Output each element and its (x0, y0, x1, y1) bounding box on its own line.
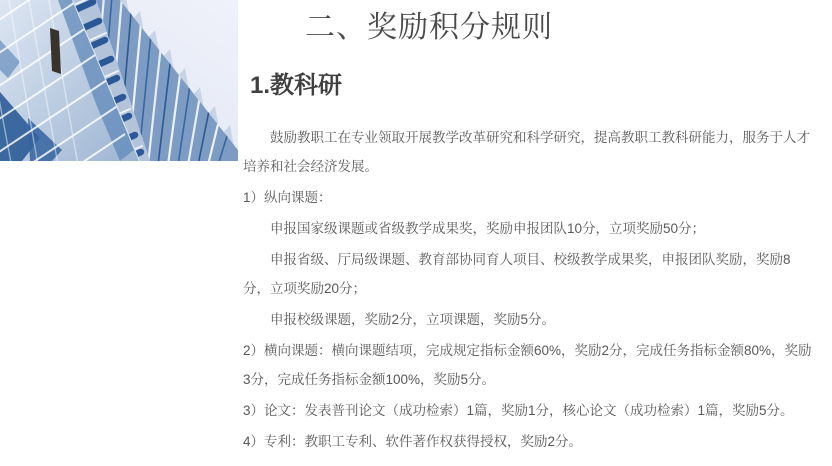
slide-title: 二、奖励积分规则 (305, 8, 553, 48)
body-paragraph: 2）横向课题：横向课题结项，完成规定指标金额60%，奖励2分，完成任务指标金额8… (243, 336, 815, 394)
body-paragraph: 1）纵向课题： (243, 183, 815, 212)
body-paragraph: 3）论文：发表普刊论文（成功检索）1篇，奖励1分，核心论文（成功检索）1篇，奖励… (243, 396, 815, 425)
section-heading: 1.教科研 (250, 70, 342, 102)
building-photo (0, 0, 238, 161)
body-paragraph: 鼓励教职工在专业领取开展教学改革研究和科学研究，提高教职工教科研能力，服务于人才… (243, 123, 815, 181)
body-paragraph: 申报校级课题，奖励2分，立项课题，奖励5分。 (243, 305, 815, 334)
slide: 二、奖励积分规则 1.教科研 鼓励教职工在专业领取开展教学改革研究和科学研究，提… (0, 0, 832, 466)
content-area: 鼓励教职工在专业领取开展教学改革研究和科学研究，提高教职工教科研能力，服务于人才… (243, 123, 815, 458)
building-photo-svg (0, 0, 238, 161)
body-paragraph: 申报省级、厅局级课题、教育部协同育人项目、校级教学成果奖，申报团队奖励，奖励8分… (243, 245, 815, 303)
body-paragraph: 申报国家级课题或省级教学成果奖，奖励申报团队10分，立项奖励50分； (243, 214, 815, 243)
body-paragraph: 4）专利：教职工专利、软件著作权获得授权，奖励2分。 (243, 427, 815, 456)
